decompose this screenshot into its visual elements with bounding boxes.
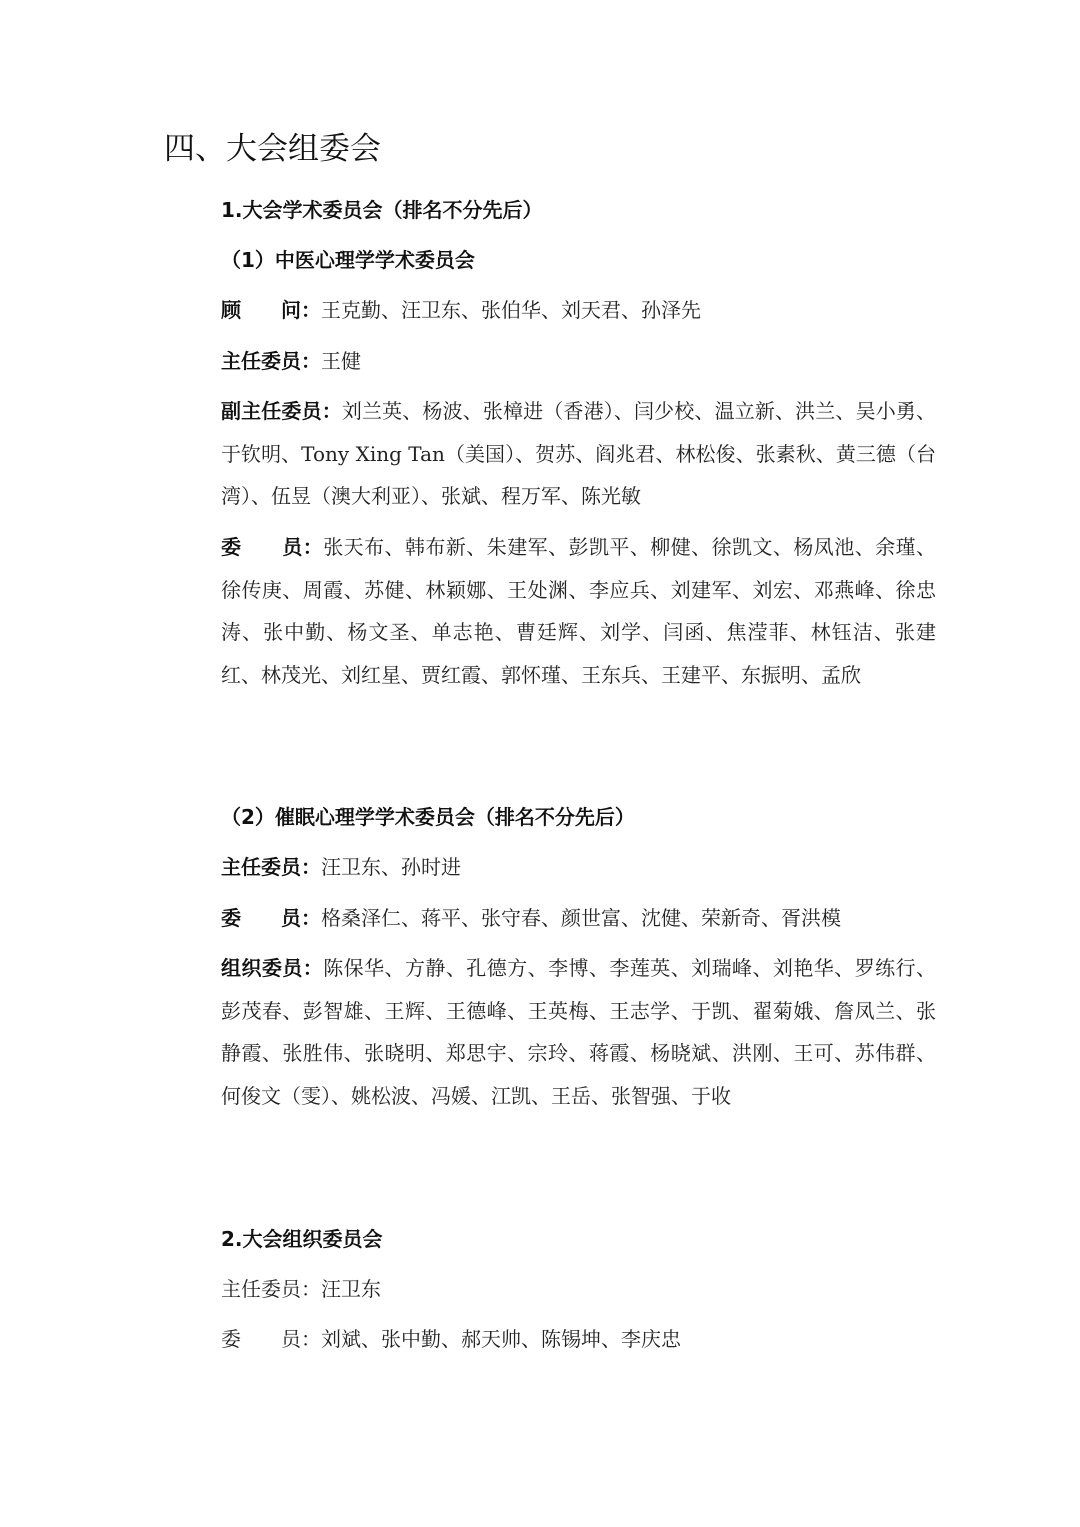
organizers-row: 组织委员：陈保华、方静、孔德方、李博、李莲英、刘瑞峰、刘艳华、罗练行、彭茂春、彭…: [221, 947, 936, 1117]
chair-names: 王健: [321, 349, 361, 373]
org-members-row: 委 员：刘斌、张中勤、郝天帅、陈锡坤、李庆忠: [221, 1318, 936, 1361]
members-names: 张天布、韩布新、朱建军、彭凯平、柳健、徐凯文、杨凤池、余瑾、徐传庚、周霞、苏健、…: [221, 535, 936, 687]
org-chair-names: 汪卫东: [321, 1277, 381, 1301]
chair-row: 主任委员：王健: [221, 340, 936, 383]
advisors-label: 顾 问：: [221, 298, 321, 322]
document-page: 四、大会组委会 1.大会学术委员会（排名不分先后） （1）中医心理学学术委员会 …: [0, 0, 1080, 1527]
hypnosis-members-label: 委 员：: [221, 906, 321, 930]
hypnosis-members-names: 格桑泽仁、蒋平、张守春、颜世富、沈健、荣新奇、胥洪模: [321, 906, 841, 930]
organizers-names: 陈保华、方静、孔德方、李博、李莲英、刘瑞峰、刘艳华、罗练行、彭茂春、彭智雄、王辉…: [221, 956, 936, 1108]
vice-chairs-row: 副主任委员：刘兰英、杨波、张樟进（香港）、闫少校、温立新、洪兰、吴小勇、于钦明、…: [221, 390, 936, 518]
page-heading: 四、大会组委会: [164, 127, 381, 171]
advisors-row: 顾 问：王克勤、汪卫东、张伯华、刘天君、孙泽先: [221, 289, 936, 332]
org-members-label: 委 员：: [221, 1327, 321, 1351]
organizers-label: 组织委员：: [221, 956, 323, 980]
advisors-names: 王克勤、汪卫东、张伯华、刘天君、孙泽先: [321, 298, 701, 322]
hypnosis-chair-label: 主任委员：: [221, 855, 321, 879]
members-label: 委 员：: [221, 535, 323, 559]
subsection1-title: （1）中医心理学学术委员会: [221, 245, 475, 275]
org-chair-row: 主任委员：汪卫东: [221, 1268, 936, 1311]
members-row: 委 员：张天布、韩布新、朱建军、彭凯平、柳健、徐凯文、杨凤池、余瑾、徐传庚、周霞…: [221, 526, 936, 696]
section1-title: 1.大会学术委员会（排名不分先后）: [221, 195, 543, 225]
chair-label: 主任委员：: [221, 349, 321, 373]
org-chair-label: 主任委员：: [221, 1277, 321, 1301]
hypnosis-chair-names: 汪卫东、孙时进: [321, 855, 461, 879]
subsection2-title: （2）催眠心理学学术委员会（排名不分先后）: [221, 802, 635, 832]
vice-chairs-label: 副主任委员：: [221, 399, 342, 423]
org-members-names: 刘斌、张中勤、郝天帅、陈锡坤、李庆忠: [321, 1327, 681, 1351]
section2-title: 2.大会组织委员会: [221, 1224, 383, 1254]
hypnosis-members-row: 委 员：格桑泽仁、蒋平、张守春、颜世富、沈健、荣新奇、胥洪模: [221, 897, 936, 940]
hypnosis-chair-row: 主任委员：汪卫东、孙时进: [221, 846, 936, 889]
